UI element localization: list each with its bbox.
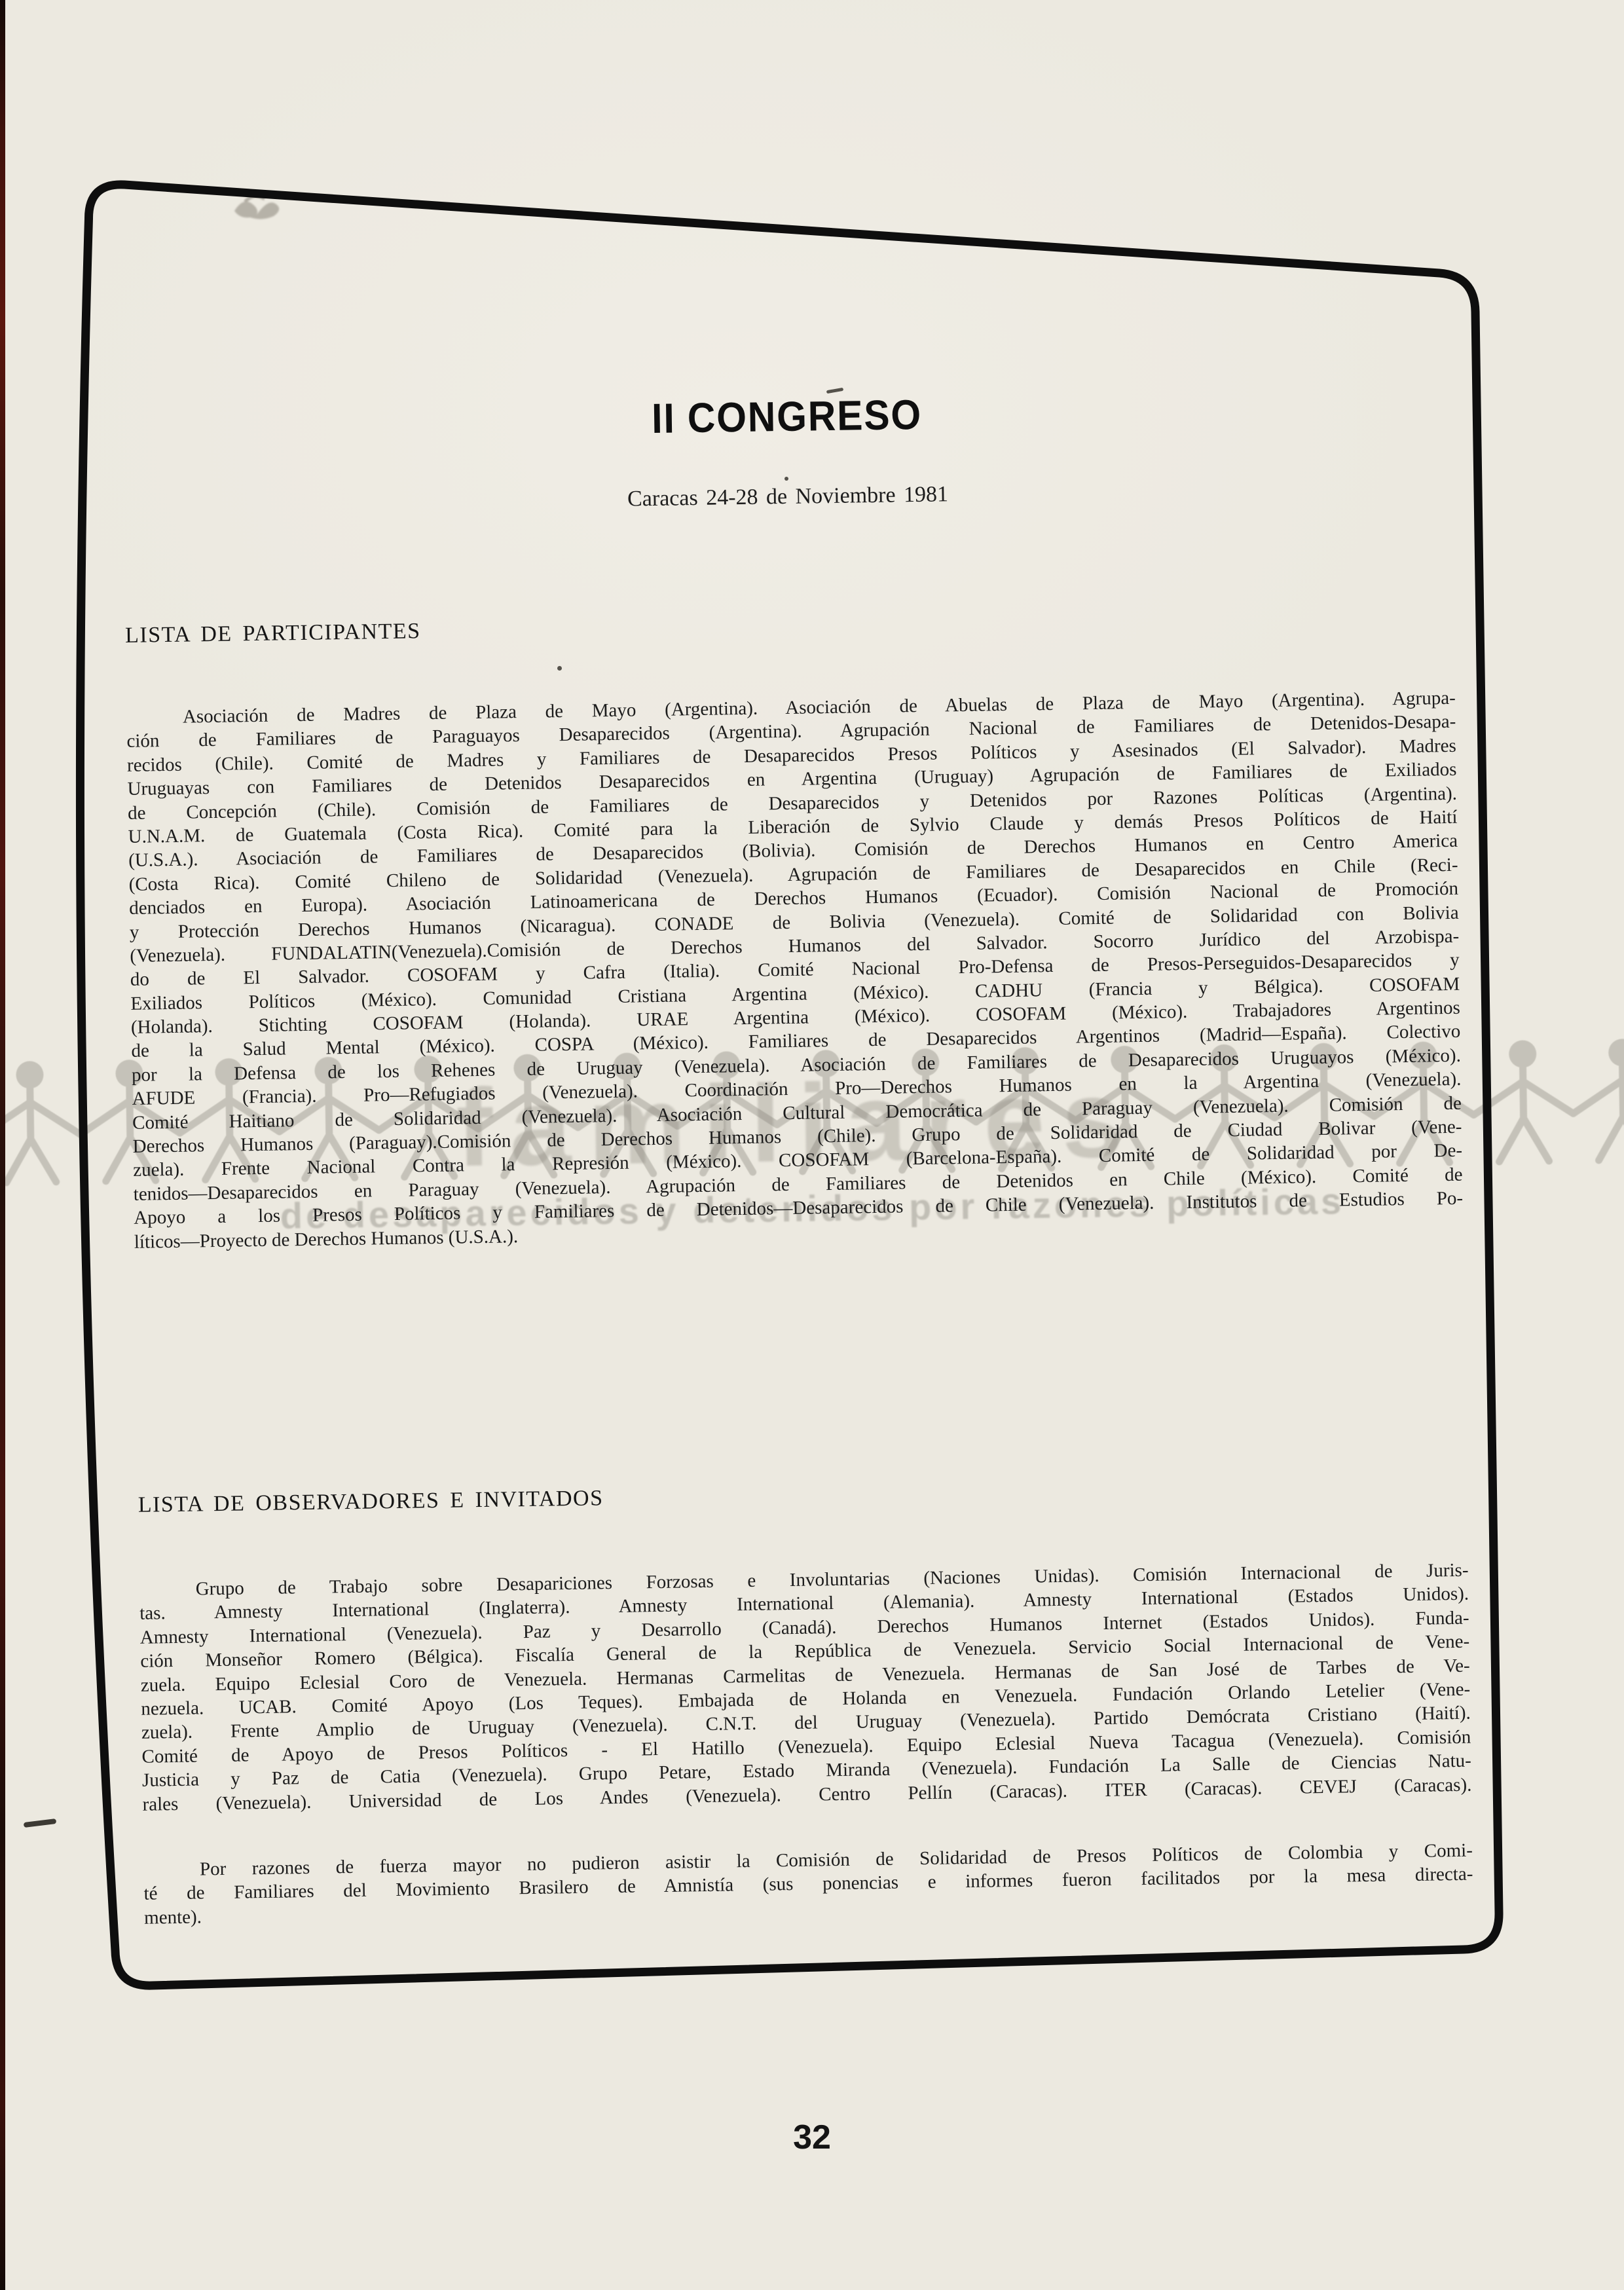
congress-title: II CONGRESO [122,385,1452,448]
observers-paragraph: Grupo de Trabajo sobre Desapariciones Fo… [139,1559,1471,1817]
ink-smudge [231,185,287,223]
left-binding-stripe [0,0,5,2290]
observers-heading: LISTA DE OBSERVADORES E INVITADOS [138,1472,1467,1519]
participants-heading: LISTA DE PARTICIPANTES [125,602,1454,650]
document-content: II CONGRESO Caracas 24-28 de Noviembre 1… [121,347,1473,1930]
participants-paragraph: Asociación de Madres de Plaza de Mayo (A… [126,686,1464,1254]
page-number: 32 [720,2118,904,2157]
congress-date-location: Caracas 24-28 de Noviembre 1981 [123,474,1452,520]
